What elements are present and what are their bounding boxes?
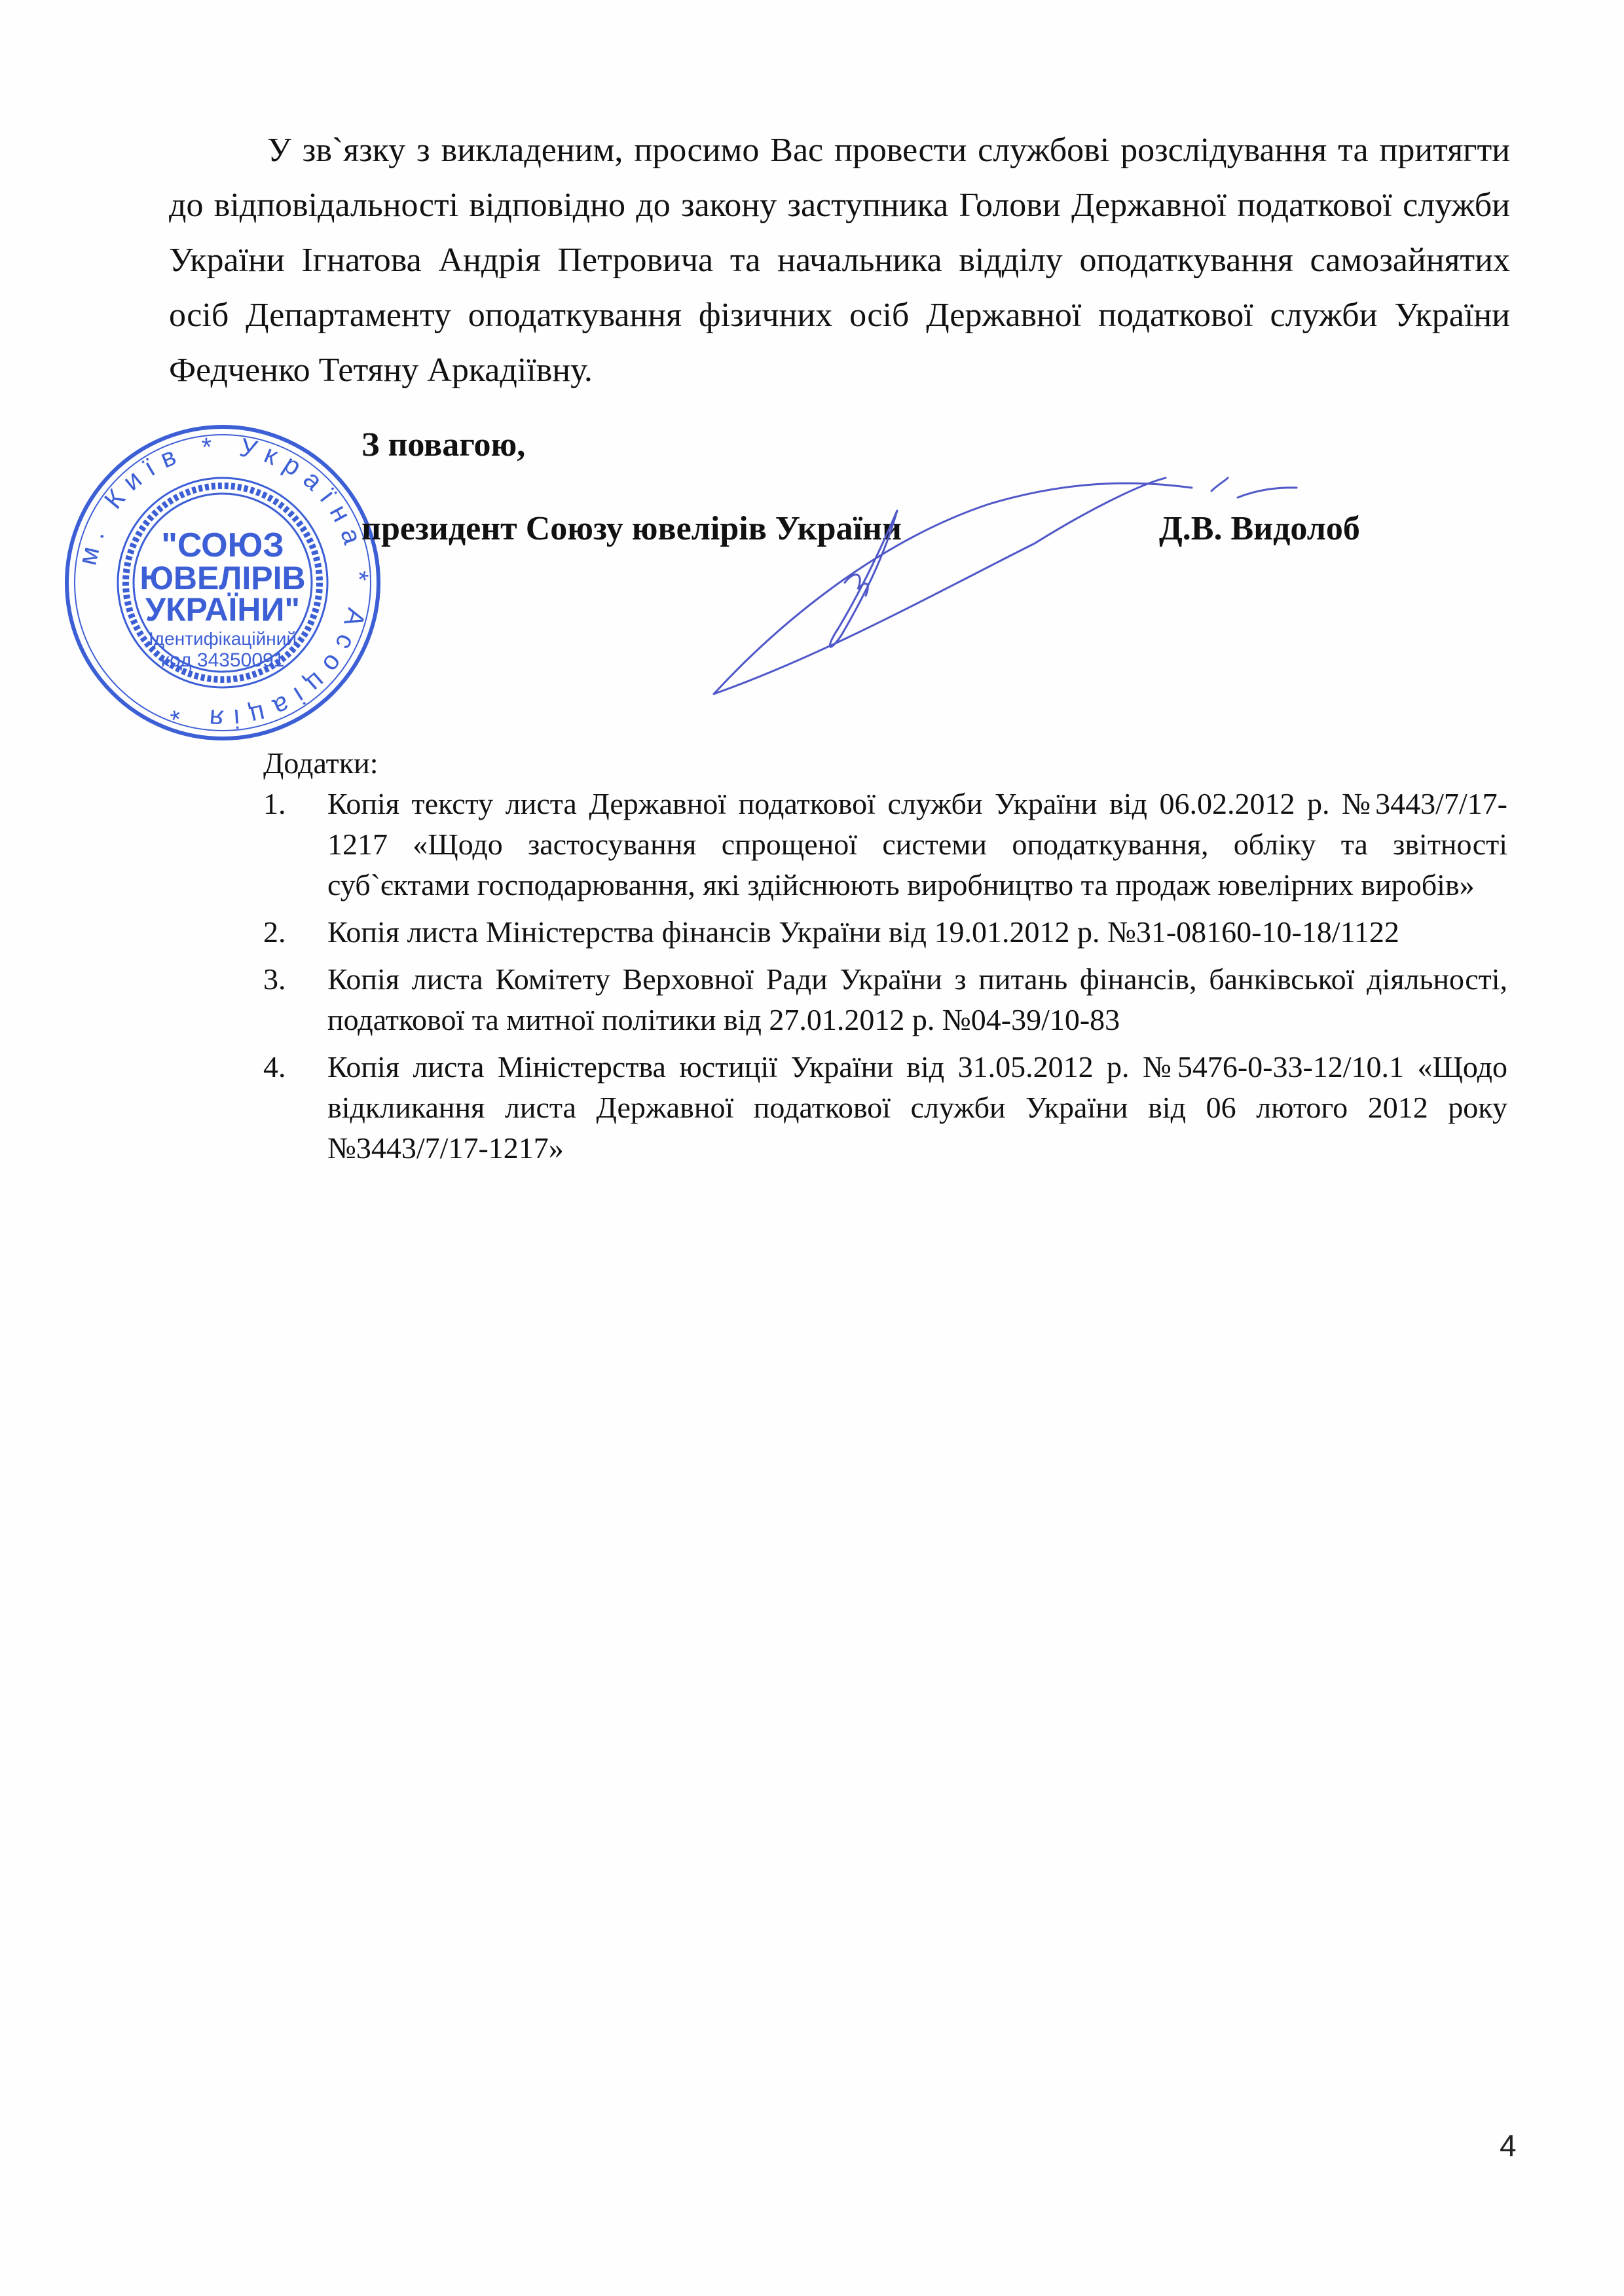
organization-stamp: м. Київ * Україна * Асоціація * "СОЮЗ ЮВ… <box>59 419 386 746</box>
svg-text:код 34350091: код 34350091 <box>161 649 285 671</box>
handwritten-signature <box>694 458 1316 707</box>
annex-item: 2.Копія листа Міністерства фінансів Укра… <box>263 912 1507 953</box>
annex-item: 3.Копія листа Комітету Верховної Ради Ук… <box>263 959 1507 1040</box>
svg-text:Ідентифікаційний: Ідентифікаційний <box>149 629 297 649</box>
annex-item: 4.Копія листа Міністерства юстиції Украї… <box>263 1047 1507 1169</box>
closing-salutation: З повагою, <box>361 426 525 464</box>
page-number: 4 <box>1500 2128 1517 2163</box>
svg-text:УКРАЇНИ": УКРАЇНИ" <box>145 591 300 628</box>
svg-text:"СОЮЗ: "СОЮЗ <box>161 526 284 564</box>
document-page: У зв`язку з викладеним, просимо Вас пров… <box>0 0 1624 2296</box>
annex-section: Додатки: 1.Копія тексту листа Державної … <box>263 743 1507 1175</box>
annex-item: 1.Копія тексту листа Державної податково… <box>263 784 1507 905</box>
body-paragraph: У зв`язку з викладеним, просимо Вас пров… <box>169 123 1510 398</box>
annex-list: 1.Копія тексту листа Державної податково… <box>263 784 1507 1169</box>
annex-title: Додатки: <box>263 743 1507 784</box>
